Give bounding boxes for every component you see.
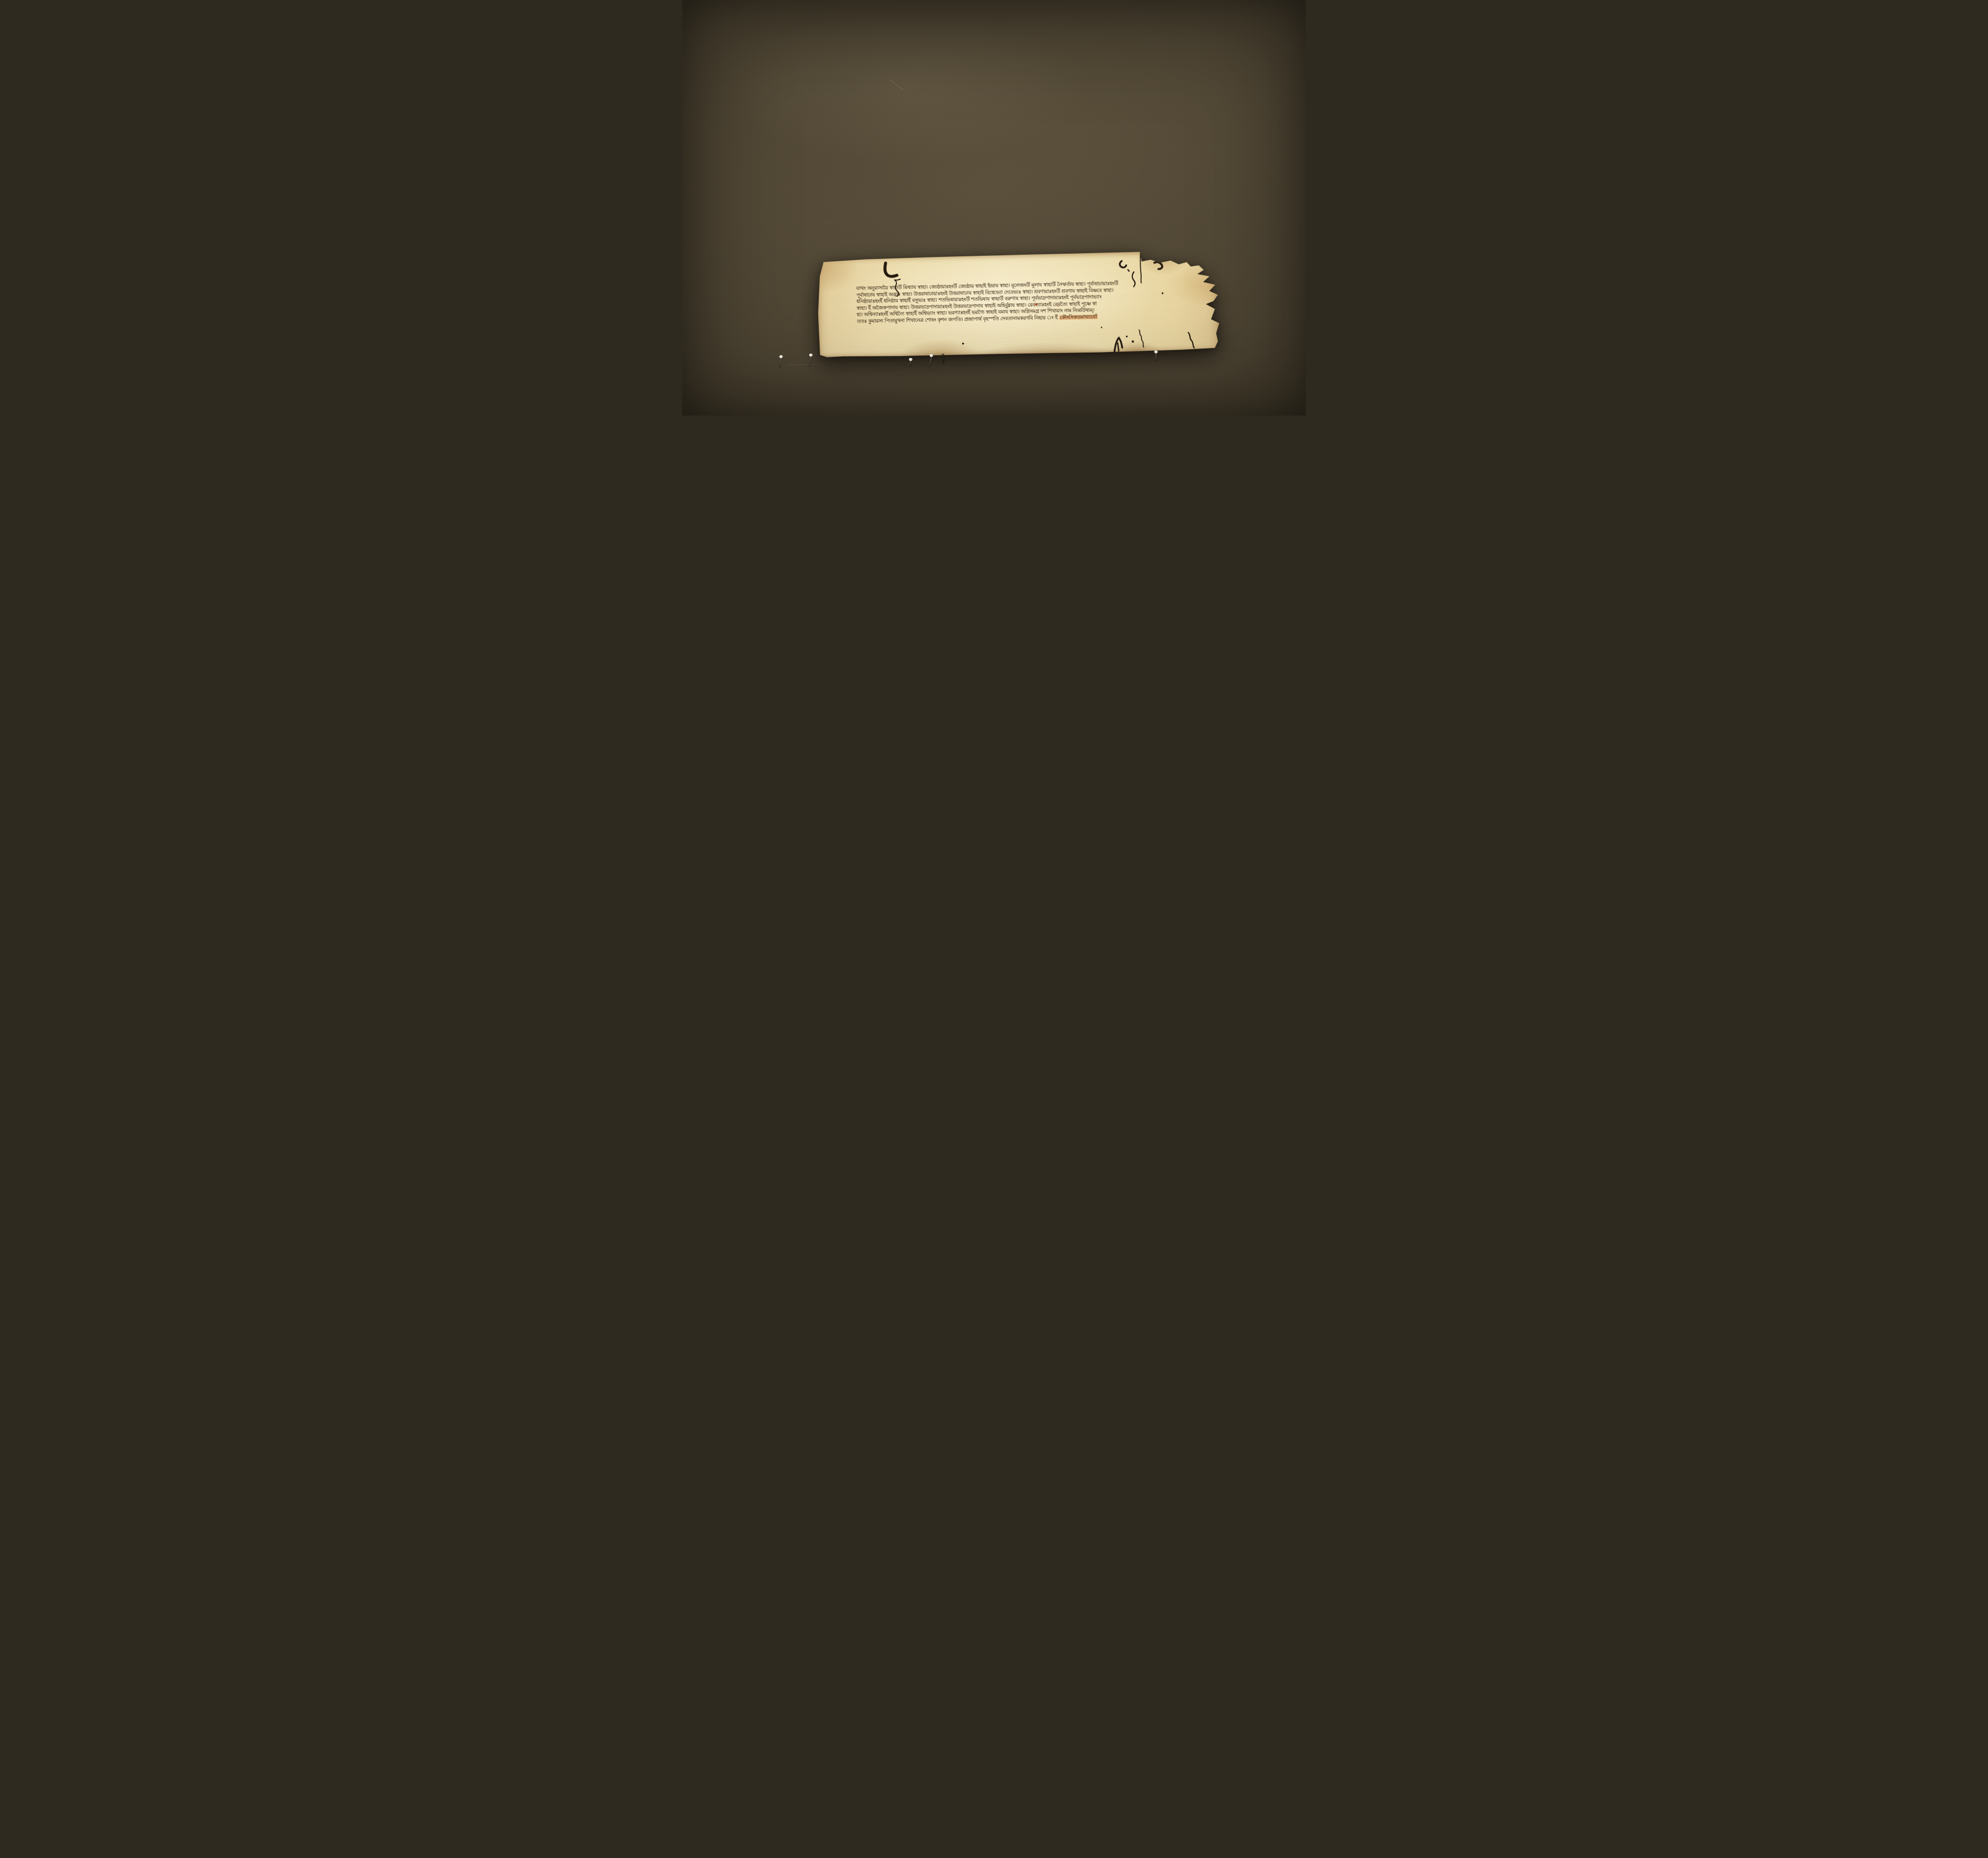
photo-backdrop: যাথং অনুরাসায়ৈ স্বাহাউঁ মিথ্যায স্বাহা।…: [682, 0, 1306, 416]
scratch-mark: [826, 221, 837, 225]
ink-speck: [1132, 340, 1134, 343]
pin-head: [779, 355, 783, 358]
pin-shaft: [779, 358, 782, 367]
ink-speck: [962, 343, 964, 345]
ink-blot: [1139, 330, 1144, 347]
scratch-mark: [889, 79, 903, 91]
ink-blot: [1154, 262, 1162, 269]
ink-blot: [1120, 261, 1126, 268]
push-pin: [941, 354, 945, 367]
ink-speck: [1126, 336, 1128, 337]
pin-shaft: [809, 356, 812, 365]
push-pin: [1154, 350, 1159, 364]
pin-head: [930, 354, 933, 357]
ink-blot: [1114, 338, 1122, 352]
ink-blot: [1140, 253, 1142, 283]
manuscript-page: যাথং অনুরাসায়ৈ স্বাহাউঁ মিথ্যায স্বাহা।…: [817, 251, 1221, 359]
ink-speck: [1101, 327, 1103, 328]
ink-blot: [1188, 332, 1194, 348]
push-pin: [809, 354, 813, 367]
pin-head: [1154, 350, 1158, 354]
pin-head: [809, 354, 813, 357]
pin-shaft: [1155, 353, 1157, 361]
rubric-span: কৌংসিকতমাখ্যাধোঁ: [1059, 313, 1097, 320]
ink-blot: [885, 263, 897, 276]
ink-blot: [1118, 343, 1118, 351]
push-pin: [779, 355, 784, 369]
manuscript-text: যাথং অনুরাসায়ৈ স্বাহাউঁ মিথ্যায স্বাহা।…: [856, 279, 1181, 325]
push-pin: [909, 358, 913, 371]
push-pin: [929, 354, 934, 367]
red-ink-dot: [1058, 305, 1059, 307]
pin-shaft: [929, 356, 932, 366]
pin-head: [909, 358, 912, 361]
pin-head: [942, 354, 944, 356]
manuscript-paper: যাথং অনুরাসায়ৈ স্বাহাউঁ মিথ্যায স্বাহা।…: [817, 251, 1221, 359]
scratch-mark: [788, 364, 821, 365]
ink-blot: [1128, 270, 1129, 271]
pin-shaft: [942, 356, 944, 363]
